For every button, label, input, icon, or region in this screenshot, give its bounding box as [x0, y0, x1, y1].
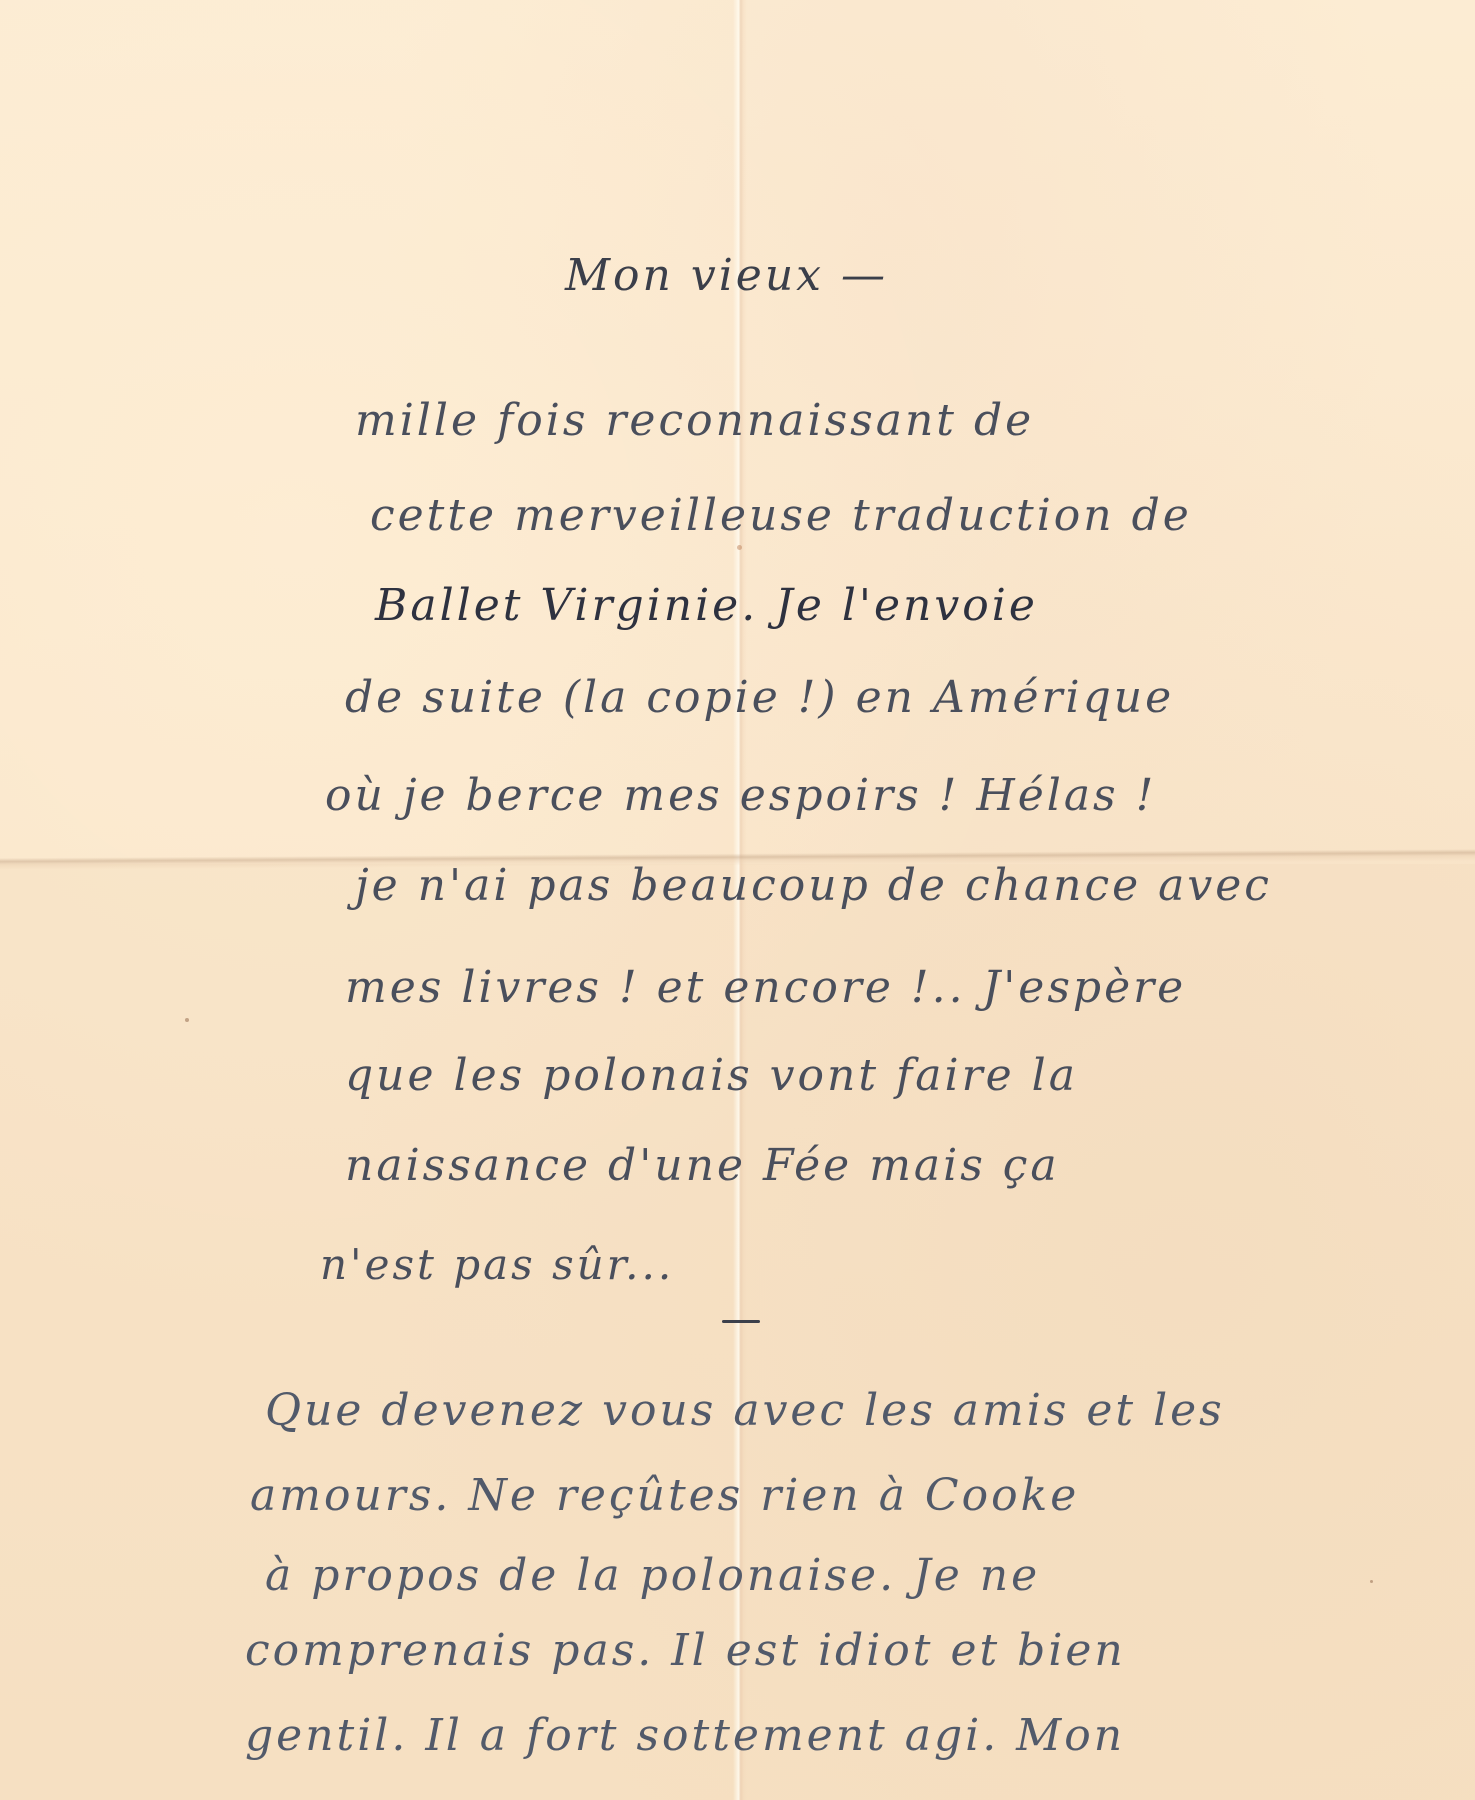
letter-line: Ballet Virginie. Je l'envoie [375, 580, 1038, 631]
handwritten-letter: Mon vieux — mille fois reconnaissant de … [0, 0, 1475, 1800]
letter-line: je n'ai pas beaucoup de chance avec [355, 860, 1272, 911]
letter-line: gentil. Il a fort sottement agi. Mon [245, 1710, 1125, 1761]
letter-line: à propos de la polonaise. Je ne [265, 1550, 1040, 1601]
section-separator-dash [722, 1320, 760, 1323]
letter-line: amours. Ne reçûtes rien à Cooke [250, 1470, 1079, 1521]
letter-line: que les polonais vont faire la [345, 1050, 1078, 1101]
letter-line: où je berce mes espoirs ! Hélas ! [325, 770, 1156, 821]
letter-line: n'est pas sûr... [320, 1240, 674, 1289]
letter-line: Que devenez vous avec les amis et les [265, 1385, 1225, 1436]
letter-line: de suite (la copie !) en Amérique [345, 672, 1174, 723]
letter-salutation: Mon vieux — [565, 250, 888, 301]
letter-line: mes livres ! et encore !.. J'espère [345, 962, 1186, 1013]
letter-line: naissance d'une Fée mais ça [345, 1140, 1060, 1191]
letter-line: comprenais pas. Il est idiot et bien [245, 1625, 1126, 1676]
letter-line: mille fois reconnaissant de [355, 395, 1034, 446]
letter-line: cette merveilleuse traduction de [370, 490, 1192, 541]
